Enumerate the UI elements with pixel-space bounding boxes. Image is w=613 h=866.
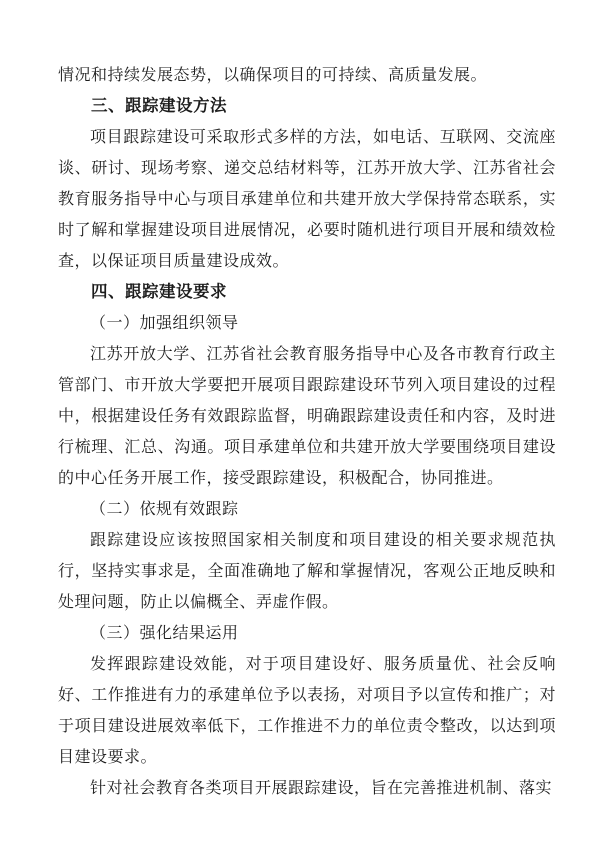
paragraph: 发挥跟踪建设效能，对于项目建设好、服务质量优、社会反响好、工作推进有力的承建单位…	[58, 649, 556, 773]
sub-heading-3: （三）强化结果运用	[58, 618, 556, 649]
paragraph-cutoff: 针对社会教育各类项目开展跟踪建设，旨在完善推进机制、落实	[58, 773, 556, 804]
sub-heading-2: （二）依规有效跟踪	[58, 494, 556, 525]
paragraph-continuation: 情况和持续发展态势，以确保项目的可持续、高质量发展。	[58, 60, 556, 91]
paragraph: 江苏开放大学、江苏省社会教育服务指导中心及各市教育行政主管部门、市开放大学要把开…	[58, 339, 556, 494]
section-heading-4: 四、跟踪建设要求	[58, 277, 556, 308]
paragraph: 项目跟踪建设可采取形式多样的方法，如电话、互联网、交流座谈、研讨、现场考察、递交…	[58, 122, 556, 277]
section-heading-3: 三、跟踪建设方法	[58, 91, 556, 122]
sub-heading-1: （一）加强组织领导	[58, 308, 556, 339]
paragraph: 跟踪建设应该按照国家相关制度和项目建设的相关要求规范执行，坚持实事求是，全面准确…	[58, 525, 556, 618]
document-page: 情况和持续发展态势，以确保项目的可持续、高质量发展。 三、跟踪建设方法 项目跟踪…	[0, 0, 613, 866]
